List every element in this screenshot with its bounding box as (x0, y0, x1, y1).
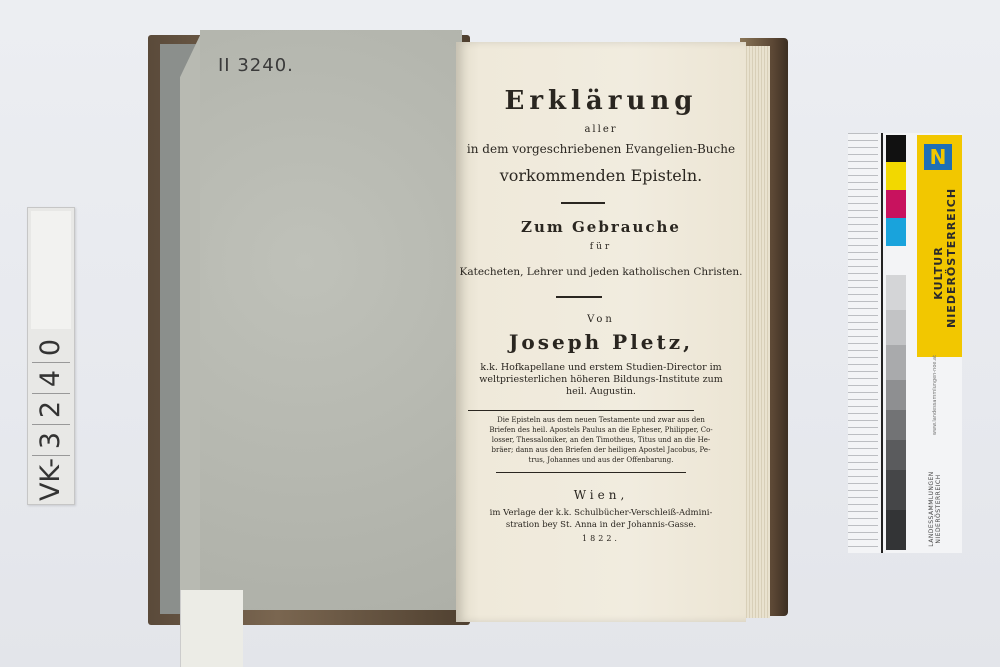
gray-step (886, 380, 906, 410)
flyleaf-surface (200, 30, 462, 610)
gray-step (886, 470, 906, 510)
contents-note: Die Episteln aus dem neuen Testamente un… (456, 416, 746, 424)
author-name: Joseph Pletz, (456, 330, 746, 354)
inventory-digit: 0 (32, 332, 70, 363)
book-title: Erklärung (456, 86, 746, 116)
divider-rule (556, 296, 602, 298)
gray-step (886, 440, 906, 470)
landessammlungen-text: LANDESSAMMLUNGEN NIEDERÖSTERREICH (928, 454, 942, 564)
inventory-number: 0 4 2 3 VK- (32, 332, 70, 498)
title-subtitle: in dem vorgeschriebenen Evangelien-Buche (456, 142, 746, 156)
author-title-line: weltpriesterlichen höheren Bildungs-Inst… (456, 374, 746, 385)
card-url: www.landessammlungen-noe.at (932, 340, 938, 450)
title-episteln: vorkommenden Episteln. (456, 166, 746, 185)
footer-line-1: LANDESSAMMLUNGEN (928, 454, 935, 564)
author-title-line: k.k. Hofkapellane und erstem Studien-Dir… (456, 362, 746, 373)
imprint-publisher: stration bey St. Anna in der Johannis-Ga… (456, 520, 746, 530)
brand-text: KULTUR NIEDERÖSTERREICH (932, 218, 958, 328)
note-bottom-rule (496, 472, 686, 473)
inventory-prefix: VK- (32, 456, 70, 502)
gray-step (886, 510, 906, 550)
gray-step (886, 345, 906, 380)
title-line-aller: aller (456, 124, 746, 135)
contents-note: Briefen des heil. Apostels Paulus an die… (456, 426, 746, 434)
note-top-rule (468, 410, 694, 411)
paper-slip-bookmark (180, 590, 243, 667)
handwritten-shelfmark: II 3240. (218, 55, 294, 76)
contents-note: trus, Johannes und aus der Offenbarung. (456, 456, 746, 464)
ruler-divider (881, 133, 883, 553)
imprint-year: 1822. (456, 534, 746, 543)
contents-note: bräer; dann aus den Briefen der heiligen… (456, 446, 746, 454)
inventory-digit: 3 (32, 425, 70, 456)
inventory-digit: 4 (32, 363, 70, 394)
swatch-cyan (886, 218, 906, 246)
by-line: Von (456, 314, 746, 325)
usage-heading: Zum Gebrauche (456, 218, 746, 236)
gray-step (886, 275, 906, 310)
gray-step (886, 410, 906, 440)
brand-line-1: KULTUR (932, 218, 945, 328)
title-page: Erklärung aller in dem vorgeschriebenen … (456, 42, 746, 622)
contents-note: losser, Thessaloniker, an den Timotheus,… (456, 436, 746, 444)
brand-line-2: NIEDERÖSTERREICH (945, 218, 958, 328)
measurement-ruler (848, 133, 878, 553)
imprint-publisher: im Verlage der k.k. Schulbücher-Verschle… (456, 508, 746, 518)
label-blank-area (31, 211, 71, 329)
author-title-line: heil. Augustin. (456, 386, 746, 397)
footer-line-2: NIEDERÖSTERREICH (935, 454, 942, 564)
inventory-label-strip: 0 4 2 3 VK- (27, 207, 75, 505)
gray-step (886, 310, 906, 345)
inventory-digit: 2 (32, 394, 70, 425)
usage-fuer: für (456, 242, 746, 252)
swatch-black (886, 135, 906, 162)
divider-rule (561, 202, 605, 204)
swatch-magenta (886, 190, 906, 218)
imprint-place: Wien, (456, 488, 746, 502)
usage-audience: Katecheten, Lehrer und jeden katholische… (456, 266, 746, 278)
swatch-yellow (886, 162, 906, 190)
noe-logo-icon: N (924, 144, 952, 170)
